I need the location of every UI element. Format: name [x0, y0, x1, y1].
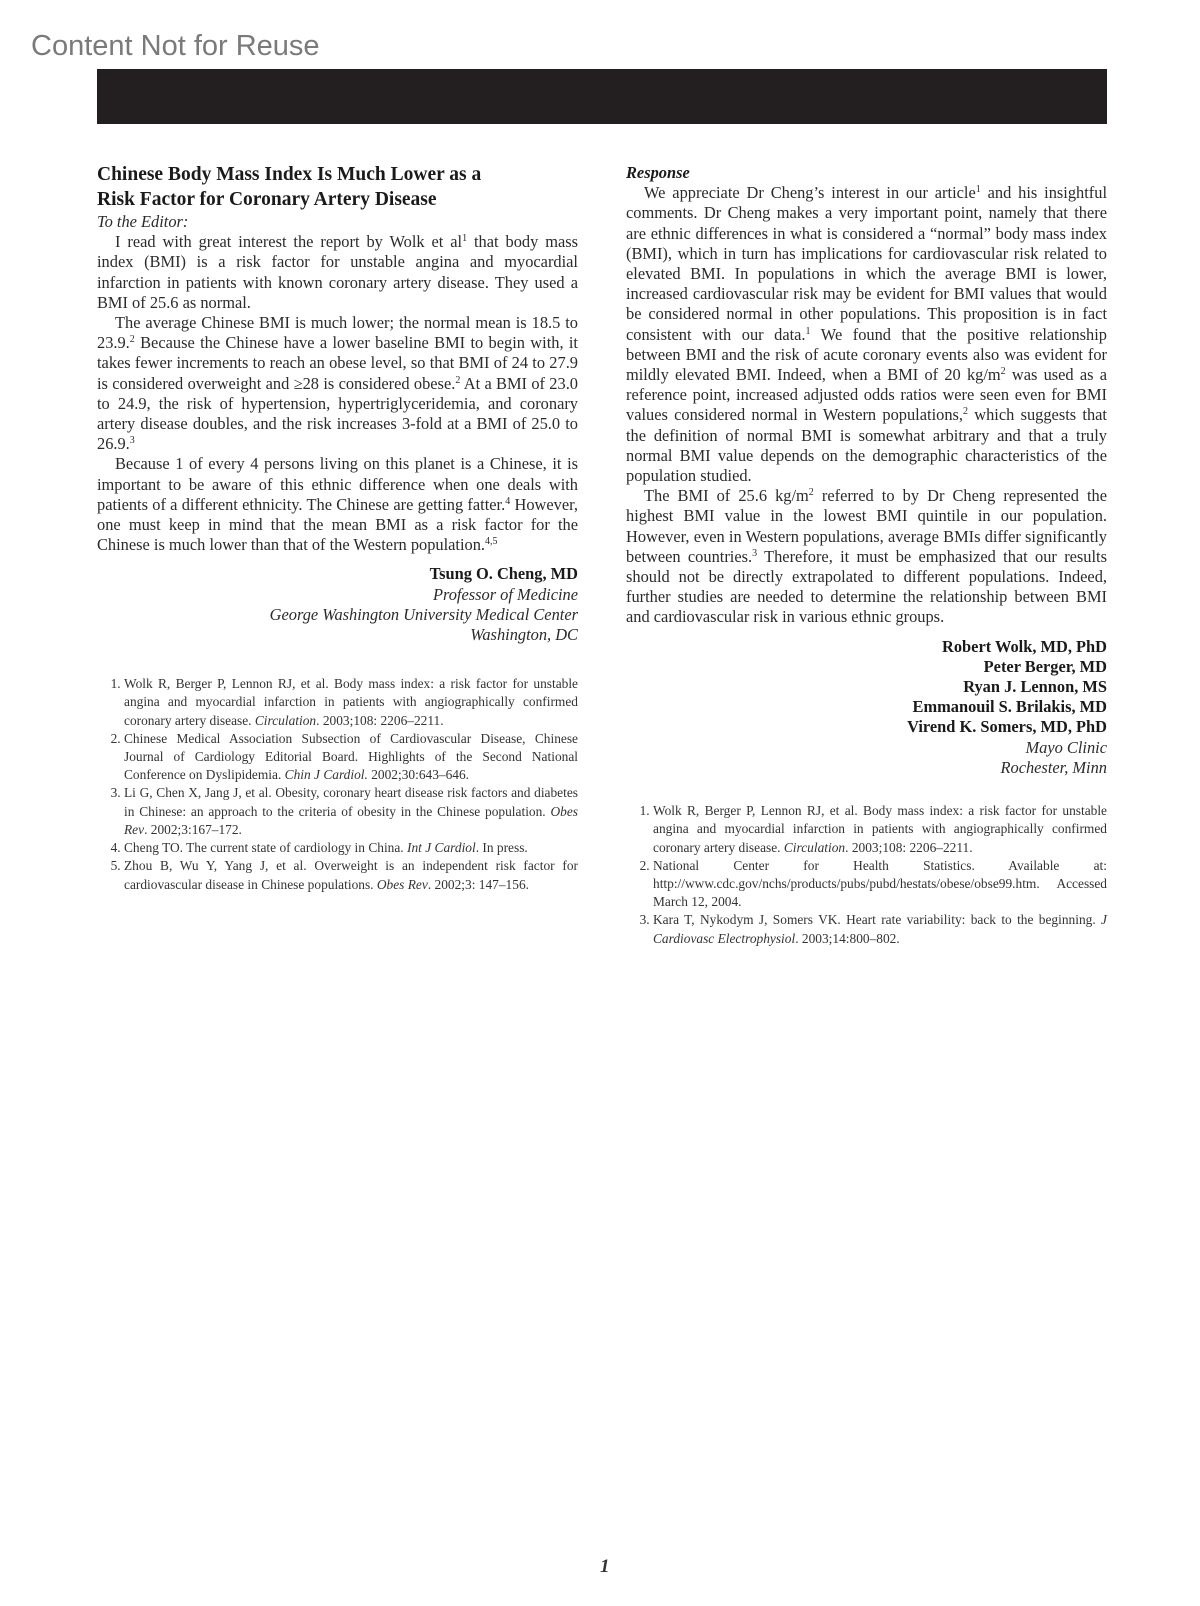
letter-signature: Tsung O. Cheng, MDProfessor of MedicineG…: [97, 564, 578, 645]
journal-name: Circulation: [255, 713, 316, 728]
reference-item: Wolk R, Berger P, Lennon RJ, et al. Body…: [653, 802, 1107, 857]
journal-name: Chin J Cardiol.: [285, 767, 368, 782]
response-body: We appreciate Dr Cheng’s interest in our…: [626, 183, 1107, 627]
page-number: 1: [600, 1556, 610, 1578]
reference-item: National Center for Health Statistics. A…: [653, 857, 1107, 912]
salutation: To the Editor:: [97, 212, 578, 232]
author-name: Tsung O. Cheng, MD: [97, 564, 578, 584]
citation-superscript: 3: [130, 435, 135, 446]
citation-superscript: 1: [462, 233, 467, 244]
reference-item: Kara T, Nykodym J, Somers VK. Heart rate…: [653, 911, 1107, 947]
body-paragraph: The average Chinese BMI is much lower; t…: [97, 313, 578, 454]
citation-superscript: 4: [505, 496, 510, 507]
citation-superscript: 3: [752, 548, 757, 559]
reference-item: Zhou B, Wu Y, Yang J, et al. Overweight …: [124, 857, 578, 893]
letter-column: Chinese Body Mass Index Is Much Lower as…: [97, 163, 578, 894]
citation-superscript: 1: [976, 184, 981, 195]
body-paragraph: The BMI of 25.6 kg/m2 referred to by Dr …: [626, 486, 1107, 627]
reference-item: Wolk R, Berger P, Lennon RJ, et al. Body…: [124, 675, 578, 730]
journal-name: J Cardiovasc Electrophysiol: [653, 912, 1107, 945]
journal-name: Circulation: [784, 840, 845, 855]
author-affiliation: Professor of Medicine: [97, 585, 578, 605]
citation-superscript: 2: [130, 334, 135, 345]
letter-title: Chinese Body Mass Index Is Much Lower as…: [97, 163, 578, 212]
citation-superscript: 1: [806, 326, 811, 337]
reference-item: Cheng TO. The current state of cardiolog…: [124, 839, 578, 857]
author-name: Ryan J. Lennon, MS: [626, 677, 1107, 697]
response-heading: Response: [626, 163, 1107, 183]
letter-references: Wolk R, Berger P, Lennon RJ, et al. Body…: [97, 675, 578, 893]
author-affiliation: George Washington University Medical Cen…: [97, 605, 578, 625]
body-paragraph: Because 1 of every 4 persons living on t…: [97, 454, 578, 555]
author-name: Emmanouil S. Brilakis, MD: [626, 697, 1107, 717]
journal-name: Obes Rev: [124, 804, 578, 837]
journal-name: Int J Cardiol: [407, 840, 476, 855]
letter-body: I read with great interest the report by…: [97, 232, 578, 555]
author-affiliation: Mayo Clinic: [626, 738, 1107, 758]
response-signature: Robert Wolk, MD, PhDPeter Berger, MDRyan…: [626, 637, 1107, 778]
reference-item: Li G, Chen X, Jang J, et al. Obesity, co…: [124, 784, 578, 839]
citation-superscript: 2: [455, 375, 460, 386]
response-column: Response We appreciate Dr Cheng’s intere…: [626, 163, 1107, 948]
letter-title-line-1: Chinese Body Mass Index Is Much Lower as…: [97, 164, 481, 185]
citation-superscript: 2: [809, 487, 814, 498]
body-paragraph: I read with great interest the report by…: [97, 232, 578, 313]
redaction-banner: [97, 69, 1107, 124]
author-affiliation: Rochester, Minn: [626, 758, 1107, 778]
journal-name: Obes Rev: [377, 877, 428, 892]
reference-item: Chinese Medical Association Subsection o…: [124, 730, 578, 785]
body-paragraph: We appreciate Dr Cheng’s interest in our…: [626, 183, 1107, 486]
author-affiliation: Washington, DC: [97, 625, 578, 645]
watermark-text: Content Not for Reuse: [31, 30, 320, 63]
author-name: Virend K. Somers, MD, PhD: [626, 717, 1107, 737]
letter-title-line-2: Risk Factor for Coronary Artery Disease: [97, 189, 437, 210]
author-name: Peter Berger, MD: [626, 657, 1107, 677]
author-name: Robert Wolk, MD, PhD: [626, 637, 1107, 657]
response-references: Wolk R, Berger P, Lennon RJ, et al. Body…: [626, 802, 1107, 948]
citation-superscript: 2: [963, 406, 968, 417]
citation-superscript: 4,5: [485, 536, 498, 547]
citation-superscript: 2: [1001, 366, 1006, 377]
